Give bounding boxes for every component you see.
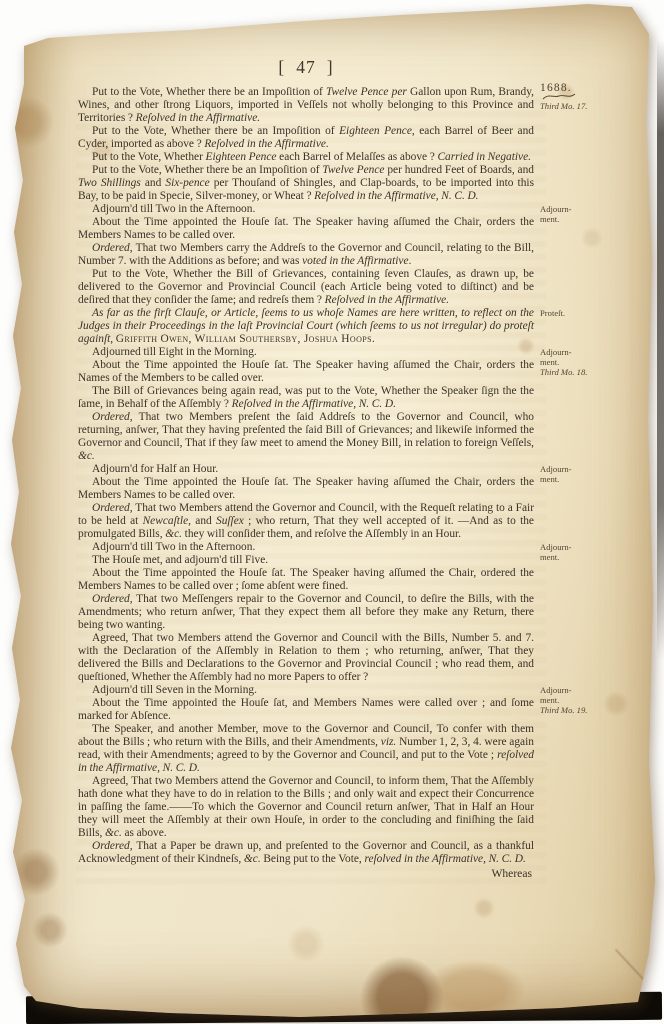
text-segment: Adjourned till Eight in the Morning. (92, 346, 257, 358)
margin-note-line: ment. (540, 357, 632, 367)
scan-background: { "document": { "ink_color": "#3a3127", … (0, 0, 664, 1024)
margin-year-note: 1688.Third Mo. 17. (540, 83, 632, 111)
margin-note-line: Adjourn- (540, 464, 632, 474)
text-segment: , That two Members preſent the ſaid Addr… (78, 411, 534, 449)
text-segment: , and (188, 515, 216, 527)
paragraph: Put to the Vote, Whether there be an Imp… (78, 125, 534, 151)
margin-note-line: Adjourn- (540, 685, 632, 695)
text-segment: Adjourn'd for Half an Hour. (92, 463, 218, 475)
text-segment: Ordered (92, 840, 130, 852)
text-segment: reſolved in the Affirmative, N. C. D. (364, 853, 525, 865)
paragraph: Adjourn'd till Seven in the Morning.Adjo… (78, 684, 534, 697)
margin-note-line: ment. (540, 474, 632, 484)
text-segment: &c. (244, 853, 261, 865)
margin-note: Adjourn-ment.Third Mo. 19. (540, 685, 632, 715)
text-segment: About the Time appointed the Houſe ſat. … (78, 359, 534, 384)
paragraph: Ordered, That a Paper be drawn up, and p… (78, 840, 534, 866)
text-segment: Eighteen Pence (339, 125, 412, 137)
margin-note: Proteſt. (540, 308, 632, 318)
text-segment: About the Time appointed the Houſe ſat. … (78, 216, 534, 241)
paragraph: About the Time appointed the Houſe ſat. … (78, 359, 534, 385)
text-segment: Adjourn'd till Two in the Afternoon. (92, 541, 255, 553)
paragraph: The Houſe met, and adjourn'd till Five. (78, 554, 534, 567)
text-segment: Adjourn'd till Two in the Afternoon. (92, 203, 255, 215)
text-segment: and (141, 177, 166, 189)
text-segment: Two Shillings (78, 177, 141, 189)
page-number: 47 (296, 57, 316, 77)
paragraph: Put to the Vote, Whether the Bill of Gri… (78, 268, 534, 307)
text-segment: Adjourn'd till Seven in the Morning. (92, 684, 257, 696)
text-segment: , That two Meſſengers repair to the Gove… (78, 593, 534, 631)
paragraph: Agreed, That two Members attend the Gove… (78, 775, 534, 840)
text-segment: Reſolved in the Affirmative, N. C. D. (232, 398, 396, 410)
text-segment: they will conſider them, and reſolve the… (182, 528, 461, 540)
text-segment: Ordered (92, 502, 130, 514)
margin-note-line: Adjourn- (540, 204, 632, 214)
text-segment: Suſſex (216, 515, 244, 527)
text-segment: Put to the Vote, Whether there be an Imp… (92, 125, 339, 137)
page-header: [47] (78, 56, 534, 78)
text-segment: per hundred Feet of Boards, and (385, 164, 535, 176)
paragraph: Adjourn'd till Two in the Afternoon.Adjo… (78, 203, 534, 216)
paper-wrap: [47] Put to the Vote, Whether there be a… (0, 0, 664, 1024)
paragraph: The Speaker, and another Member, move to… (78, 723, 534, 775)
text-segment: . (409, 255, 412, 267)
margin-note-line: ment. (540, 552, 632, 562)
paper-crease (615, 949, 664, 1013)
margin-note: Adjourn-ment. (540, 204, 632, 224)
paragraph: Ordered, That two Members preſent the ſa… (78, 411, 534, 463)
text-segment: each Barrel of Melaſſes as above ? (276, 151, 437, 163)
text-segment: Put to the Vote, Whether there be an Imp… (92, 86, 326, 98)
year-label: 1688. (540, 83, 632, 93)
text-segment: &c. (165, 528, 182, 540)
text-segment: Twelve Pence per (326, 86, 407, 98)
paragraph: Ordered, That two Meſſengers repair to t… (78, 593, 534, 632)
paragraph: About the Time appointed the Houſe ſat. … (78, 567, 534, 593)
text-segment: Put to the Vote, Whether there be an Imp… (92, 164, 322, 176)
text-segment: Put to the Vote, Whether the Bill of Gri… (78, 268, 534, 306)
paragraph: Agreed, That two Members attend the Gove… (78, 632, 534, 684)
page-scan: [47] Put to the Vote, Whether there be a… (6, 2, 658, 1018)
paragraph: Ordered, That two Members attend the Gov… (78, 502, 534, 541)
header-close-bracket: ] (327, 57, 334, 77)
body-text: Put to the Vote, Whether there be an Imp… (78, 86, 534, 866)
text-segment: Six-pence (165, 177, 209, 189)
catchword: Whereas (78, 867, 534, 880)
paragraph: Ordered, That two Members carry the Addr… (78, 242, 534, 268)
text-segment: About the Time appointed the Houſe ſat. … (78, 476, 534, 501)
text-segment: Ordered (92, 411, 130, 423)
text-segment: viz. (381, 736, 397, 748)
margin-note: Adjourn-ment. (540, 542, 632, 562)
margin-date-line: Third Mo. 18. (540, 367, 632, 377)
margin-date-line: Third Mo. 19. (540, 705, 632, 715)
margin-note: Adjourn-ment.Third Mo. 18. (540, 347, 632, 377)
text-segment: Ordered (92, 242, 130, 254)
paragraph: The Bill of Grievances being again read,… (78, 385, 534, 411)
paragraph: About the Time appointed the Houſe ſat. … (78, 476, 534, 502)
printed-content: [47] Put to the Vote, Whether there be a… (78, 56, 534, 880)
margin-note-line: ment. (540, 695, 632, 705)
text-segment: Agreed, That two Members attend the Gove… (78, 632, 534, 683)
margin-note: Adjourn-ment. (540, 464, 632, 484)
text-segment: Put to the Vote, Whether (92, 151, 206, 163)
margin-note-line: ment. (540, 214, 632, 224)
text-segment: Reſolved in the Affirmative, N. C. D. (314, 190, 478, 202)
paragraph: Adjourn'd till Two in the Afternoon.Adjo… (78, 541, 534, 554)
text-segment: Eighteen Pence (206, 151, 277, 163)
paragraph: About the Time appointed the Houſe ſat. … (78, 216, 534, 242)
text-segment: Reſolved in the Affirmative. (136, 112, 260, 124)
header-open-bracket: [ (278, 57, 285, 77)
text-segment: Newcaſtle (143, 515, 189, 527)
paragraph: Put to the Vote, Whether there be an Imp… (78, 164, 534, 203)
text-segment: The Houſe met, and adjourn'd till Five. (92, 554, 268, 566)
text-segment: Twelve Pence (322, 164, 384, 176)
text-segment: Griffith Owen, William Southersby, Joshu… (116, 333, 375, 345)
text-segment: voted in the Affirmative (302, 255, 408, 267)
paragraph: Put to the Vote, Whether Eighteen Pence … (78, 151, 534, 164)
text-segment: About the Time appointed the Houſe ſat. … (78, 567, 534, 592)
text-segment: Reſolved in the Affirmative. (204, 138, 328, 150)
margin-date-line: Third Mo. 17. (540, 101, 632, 111)
brace-ornament-icon (542, 93, 576, 100)
margin-note-line: Adjourn- (540, 347, 632, 357)
paragraph: Adjourned till Eight in the Morning.Adjo… (78, 346, 534, 359)
text-segment: &c. (78, 450, 95, 462)
paragraph: Put to the Vote, Whether there be an Imp… (78, 86, 534, 125)
paragraph: Adjourn'd for Half an Hour.Adjourn-ment. (78, 463, 534, 476)
paragraph: About the Time appointed the Houſe ſat, … (78, 697, 534, 723)
text-segment: Reſolved in the Affirmative. (325, 294, 449, 306)
margin-note-line: Proteſt. (540, 308, 632, 318)
text-segment: as above. (122, 827, 167, 839)
margin-note-line: Adjourn- (540, 542, 632, 552)
paragraph: As far as the firſt Clauſe, or Article, … (78, 307, 534, 346)
text-segment: Carried in Negative. (437, 151, 531, 163)
text-segment: About the Time appointed the Houſe ſat, … (78, 697, 534, 722)
text-segment: Being put to the Vote, (261, 853, 365, 865)
text-segment: Ordered (92, 593, 130, 605)
text-segment: &c. (105, 827, 122, 839)
